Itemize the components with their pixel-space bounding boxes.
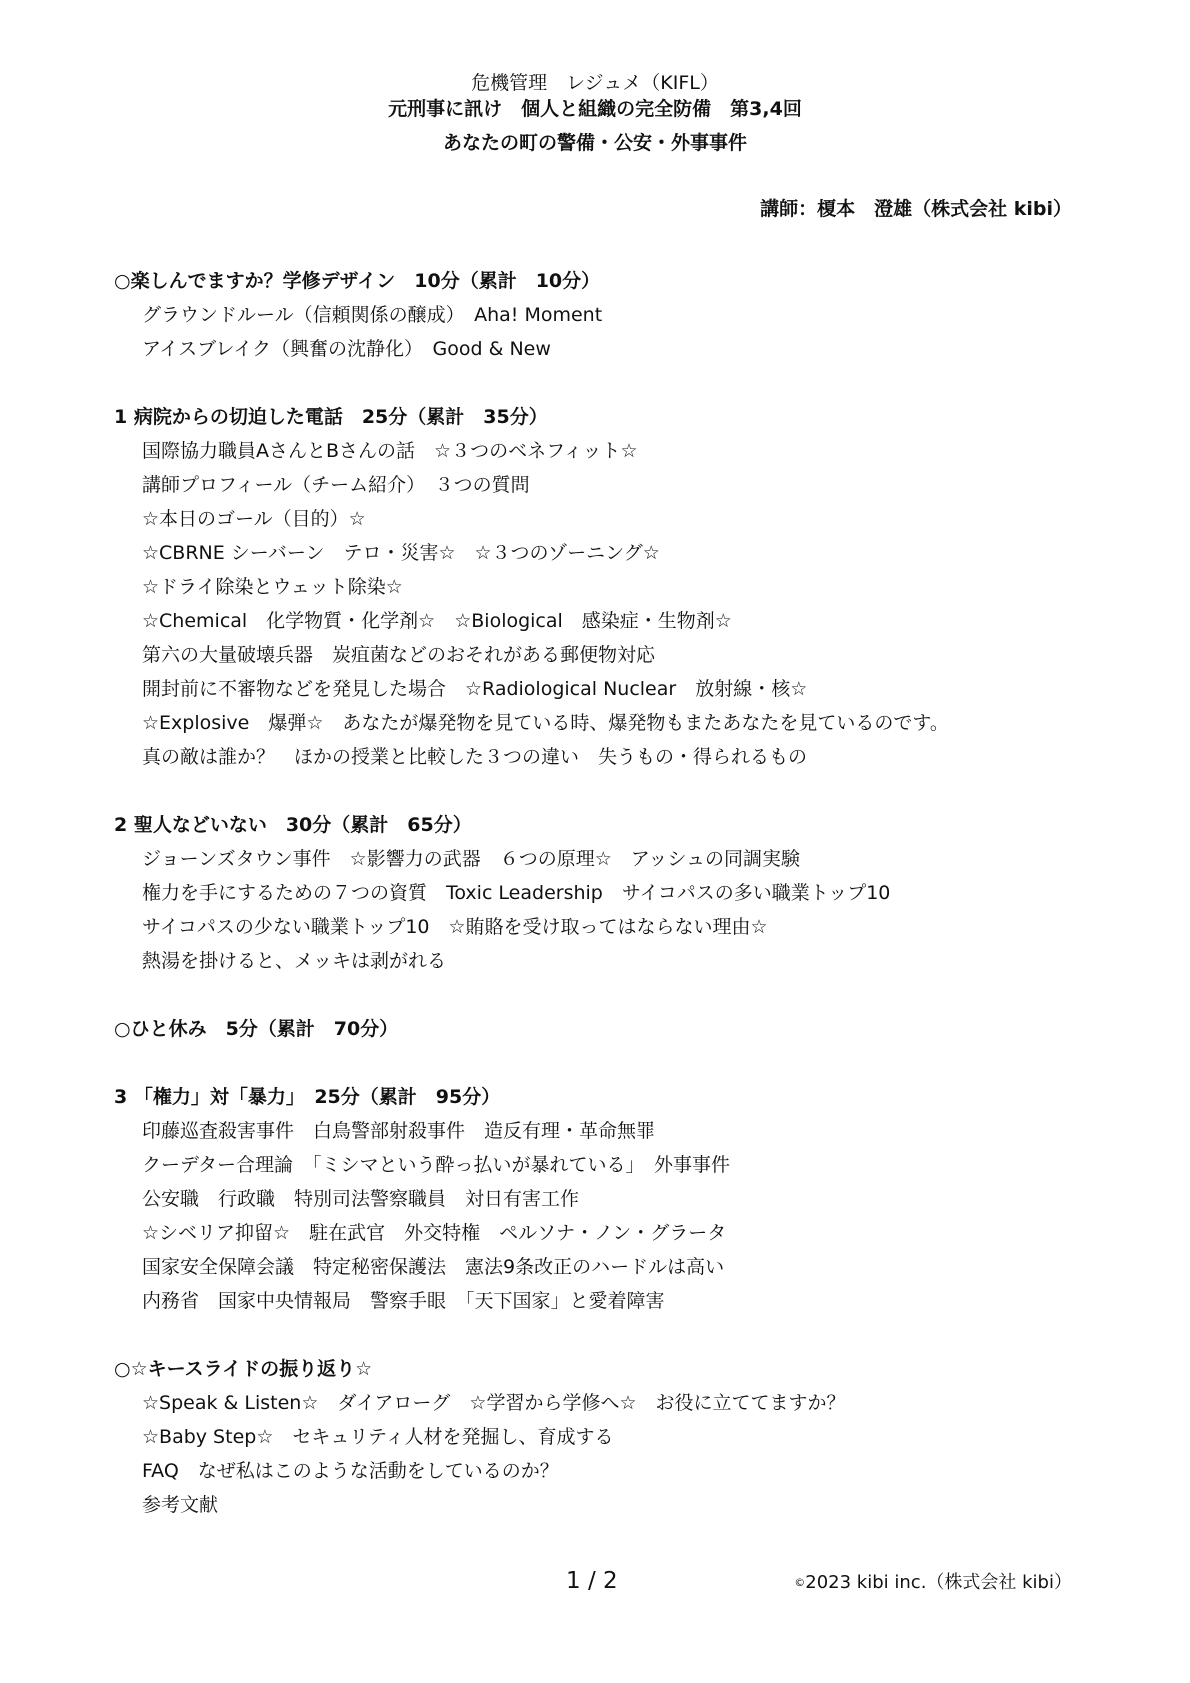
section-review: ○☆キースライドの振り返り☆ ☆Speak & Listen☆ ダイアローグ ☆… [114,1352,1114,1522]
list-item: ☆Baby Step☆ セキュリティ人材を発掘し、育成する [114,1420,1114,1454]
copyright-text: 2023 kibi inc.（株式会社 kibi） [805,1572,1072,1593]
list-item: 真の敵は誰か？ ほかの授業と比較した３つの違い 失うもの・得られるもの [114,740,1114,774]
copyright: ©2023 kibi inc.（株式会社 kibi） [794,1570,1072,1596]
list-item: 公安職 行政職 特別司法警察職員 対日有害工作 [114,1182,1114,1216]
section-heading: ○ひと休み 5分（累計 70分） [114,1012,1114,1046]
list-item: 参考文献 [114,1488,1114,1522]
page-number: 1 / 2 [566,1566,618,1596]
list-item: アイスブレイク（興奮の沈静化） Good & New [114,332,1114,366]
list-item: 開封前に不審物などを発見した場合 ☆Radiological Nuclear 放… [114,672,1114,706]
agenda: ○楽しんでますか？学修デザイン 10分（累計 10分） グラウンドルール（信頼関… [114,264,1114,1556]
list-item: 熱湯を掛けると、メッキは剥がれる [114,944,1114,978]
section-heading: ○☆キースライドの振り返り☆ [114,1352,1114,1386]
list-item: 講師プロフィール（チーム紹介） ３つの質問 [114,468,1114,502]
list-item: FAQ なぜ私はこのような活動をしているのか？ [114,1454,1114,1488]
resume-page: 危機管理 レジュメ（KIFL） 元刑事に訊け 個人と組織の完全防備 第3,4回 … [0,0,1190,1683]
list-item: 国家安全保障会議 特定秘密保護法 憲法9条改正のハードルは高い [114,1250,1114,1284]
section-2: 2 聖人などいない 30分（累計 65分） ジョーンズタウン事件 ☆影響力の武器… [114,808,1114,978]
section-heading: ○楽しんでますか？学修デザイン 10分（累計 10分） [114,264,1114,298]
document-title: 危機管理 レジュメ（KIFL） [0,70,1190,96]
document-header: 危機管理 レジュメ（KIFL） 元刑事に訊け 個人と組織の完全防備 第3,4回 … [0,70,1190,156]
list-item: ☆シベリア抑留☆ 駐在武官 外交特権 ペルソナ・ノン・グラータ [114,1216,1114,1250]
list-item: ☆本日のゴール（目的）☆ [114,502,1114,536]
list-item: 印藤巡査殺害事件 白鳥警部射殺事件 造反有理・革命無罪 [114,1114,1114,1148]
list-item: 権力を手にするための７つの資質 Toxic Leadership サイコパスの多… [114,876,1114,910]
session-subtitle: あなたの町の警備・公安・外事事件 [0,130,1190,156]
lecturer-name: 講師：榎本 澄雄（株式会社 kibi） [760,196,1072,222]
section-heading: 1 病院からの切迫した電話 25分（累計 35分） [114,400,1114,434]
section-heading: 3 「権力」対「暴力」 25分（累計 95分） [114,1080,1114,1114]
section-heading: 2 聖人などいない 30分（累計 65分） [114,808,1114,842]
section-3: 3 「権力」対「暴力」 25分（累計 95分） 印藤巡査殺害事件 白鳥警部射殺事… [114,1080,1114,1318]
section-1: 1 病院からの切迫した電話 25分（累計 35分） 国際協力職員AさんとBさんの… [114,400,1114,774]
list-item: 国際協力職員AさんとBさんの話 ☆３つのベネフィット☆ [114,434,1114,468]
list-item: ☆Explosive 爆弾☆ あなたが爆発物を見ている時、爆発物もまたあなたを見… [114,706,1114,740]
copyright-mark: © [794,1576,805,1589]
list-item: 第六の大量破壊兵器 炭疽菌などのおそれがある郵便物対応 [114,638,1114,672]
list-item: ☆Chemical 化学物質・化学剤☆ ☆Biological 感染症・生物剤☆ [114,604,1114,638]
list-item: ☆ドライ除染とウェット除染☆ [114,570,1114,604]
list-item: ☆CBRNE シーバーン テロ・災害☆ ☆３つのゾーニング☆ [114,536,1114,570]
list-item: ☆Speak & Listen☆ ダイアローグ ☆学習から学修へ☆ お役に立てて… [114,1386,1114,1420]
course-title: 元刑事に訊け 個人と組織の完全防備 第3,4回 [0,96,1190,122]
section-intro: ○楽しんでますか？学修デザイン 10分（累計 10分） グラウンドルール（信頼関… [114,264,1114,366]
section-break: ○ひと休み 5分（累計 70分） [114,1012,1114,1046]
list-item: グラウンドルール（信頼関係の醸成） Aha! Moment [114,298,1114,332]
list-item: 内務省 国家中央情報局 警察手眼 「天下国家」と愛着障害 [114,1284,1114,1318]
list-item: ジョーンズタウン事件 ☆影響力の武器 ６つの原理☆ アッシュの同調実験 [114,842,1114,876]
list-item: クーデター合理論 「ミシマという酔っ払いが暴れている」 外事事件 [114,1148,1114,1182]
list-item: サイコパスの少ない職業トップ10 ☆賄賂を受け取ってはならない理由☆ [114,910,1114,944]
